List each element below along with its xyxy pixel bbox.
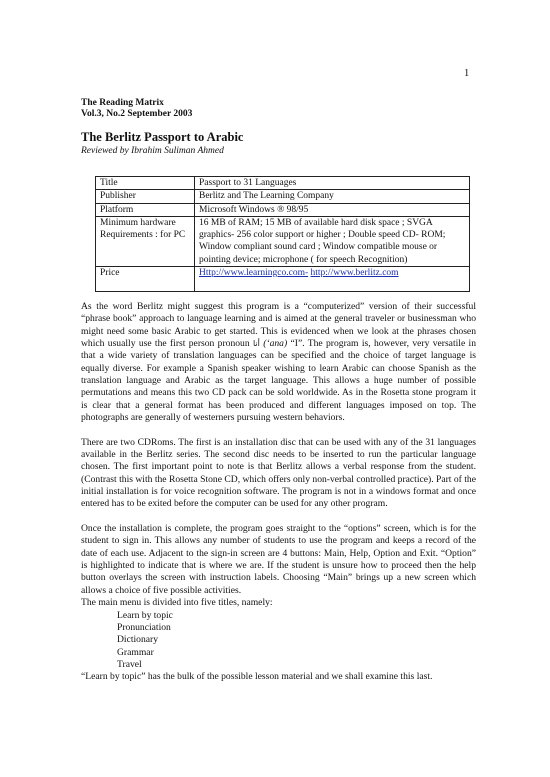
main-menu-list: Learn by topic Pronunciation Dictionary … xyxy=(81,610,476,672)
list-item: Pronunciation xyxy=(117,622,476,634)
list-item: Travel xyxy=(117,659,476,671)
row-label: Title xyxy=(96,177,195,190)
product-info-table: Title Passport to 31 Languages Publisher… xyxy=(95,176,470,292)
paragraph: As the word Berlitz might suggest this p… xyxy=(81,301,476,424)
berlitz-link[interactable]: http://www.berlitz.com xyxy=(311,268,399,278)
journal-name: The Reading Matrix xyxy=(81,98,192,109)
row-value: 16 MB of RAM; 15 MB of available hard di… xyxy=(195,216,470,266)
row-value: Berlitz and The Learning Company xyxy=(195,190,470,203)
transliteration: (‘ana) xyxy=(263,338,287,349)
paragraph: The main menu is divided into five title… xyxy=(81,597,476,609)
arabic-word: أنا xyxy=(253,339,260,348)
table-row: Minimum hardware Requirements : for PC 1… xyxy=(96,216,470,266)
table-row-price: Price Http://www.learningco.com- http://… xyxy=(96,267,470,292)
paragraph: There are two CDRoms. The first is an in… xyxy=(81,437,476,511)
page-number: 1 xyxy=(464,68,469,79)
article-byline: Reviewed by Ibrahim Suliman Ahmed xyxy=(81,146,224,156)
table-row: Publisher Berlitz and The Learning Compa… xyxy=(96,190,470,203)
row-label: Publisher xyxy=(96,190,195,203)
journal-issue: Vol.3, No.2 September 2003 xyxy=(81,109,192,120)
row-value: Microsoft Windows ® 98/95 xyxy=(195,203,470,216)
list-item: Grammar xyxy=(117,647,476,659)
list-item: Dictionary xyxy=(117,634,476,646)
paragraph: “Learn by topic” has the bulk of the pos… xyxy=(81,671,476,683)
row-value: Passport to 31 Languages xyxy=(195,177,470,190)
learningco-link[interactable]: Http://www.learningco.com- xyxy=(199,268,308,278)
row-label: Minimum hardware Requirements : for PC xyxy=(96,216,195,266)
list-item: Learn by topic xyxy=(117,610,476,622)
journal-header: The Reading Matrix Vol.3, No.2 September… xyxy=(81,98,192,120)
paragraph: Once the installation is complete, the p… xyxy=(81,523,476,597)
row-label: Price xyxy=(96,267,195,292)
row-value: Http://www.learningco.com- http://www.be… xyxy=(195,267,470,292)
table-row: Title Passport to 31 Languages xyxy=(96,177,470,190)
table-row: Platform Microsoft Windows ® 98/95 xyxy=(96,203,470,216)
row-label: Platform xyxy=(96,203,195,216)
article-body: As the word Berlitz might suggest this p… xyxy=(81,301,476,684)
article-title: The Berlitz Passport to Arabic xyxy=(81,130,243,145)
